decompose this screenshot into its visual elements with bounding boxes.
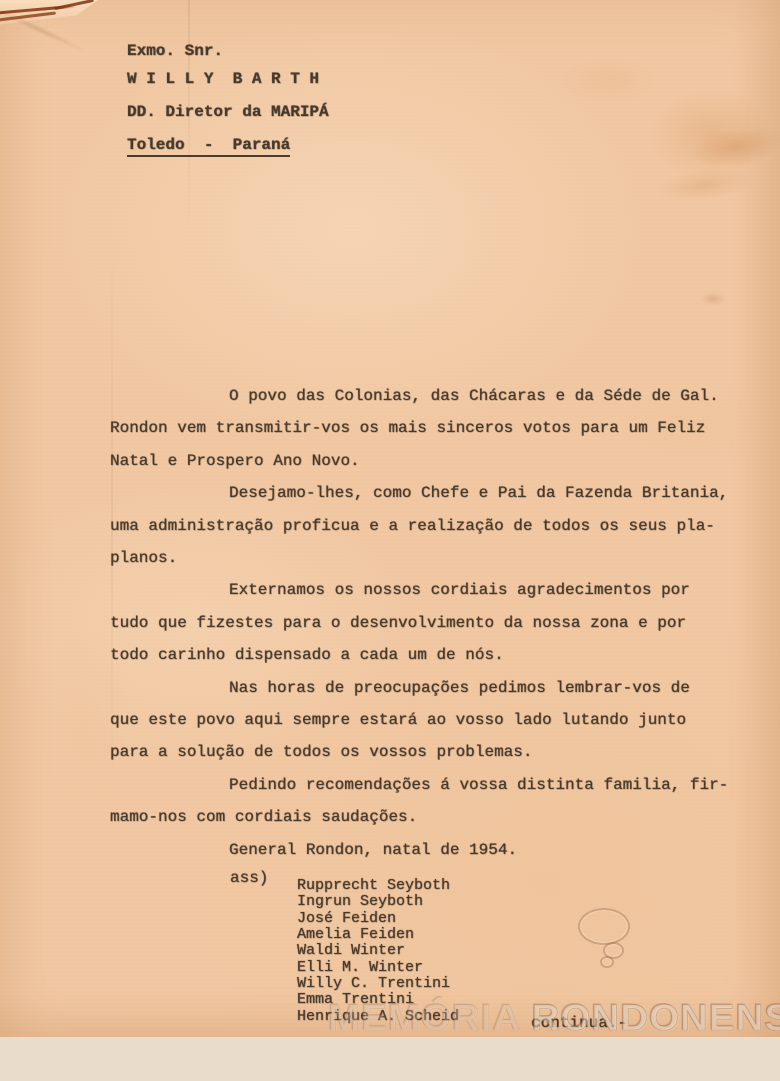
letter-body: O povo das Colonias, das Chácaras e da S…: [110, 380, 730, 866]
signatory-name: José Feiden: [297, 911, 459, 927]
signatory-name: Henrique A. Scheid: [297, 1009, 459, 1025]
letter-line: tudo que fizestes para o desenvolvimento…: [110, 607, 730, 639]
recipient-name: W I L L Y B A R T H: [127, 70, 319, 88]
recipient-role: DD. Diretor da MARIPÁ: [127, 103, 329, 121]
paragraph: Desejamo-lhes, como Chefe e Pai da Fazen…: [110, 477, 730, 574]
signature-label: ass): [230, 869, 268, 887]
paragraph: O povo das Colonias, das Chácaras e da S…: [110, 380, 730, 477]
paper-stain: [648, 88, 778, 183]
signatory-name: Elli M. Winter: [297, 960, 459, 976]
letter-paper: Exmo. Snr. W I L L Y B A R T H DD. Diret…: [0, 0, 780, 1037]
paragraph: Externamos os nossos cordiais agradecime…: [110, 574, 730, 671]
paper-stain: [687, 120, 780, 174]
paragraph: Nas horas de preocupações pedimos lembra…: [110, 672, 730, 769]
signatory-name: Rupprecht Seyboth: [297, 878, 459, 894]
letter-line: Desejamo-lhes, como Chefe e Pai da Fazen…: [110, 477, 730, 509]
letter-line: Natal e Prospero Ano Novo.: [110, 445, 730, 477]
letter-line: Pedindo recomendações á vossa distinta f…: [110, 769, 730, 801]
continuation-note: continua.-: [531, 1014, 627, 1032]
paragraph: Pedindo recomendações á vossa distinta f…: [110, 769, 730, 834]
recipient-location: Toledo - Paraná: [127, 136, 290, 157]
dateline: General Rondon, natal de 1954.: [110, 834, 730, 866]
letter-line: Rondon vem transmitir-vos os mais sincer…: [110, 412, 730, 444]
letter-line: todo carinho dispensado a cada um de nós…: [110, 639, 730, 671]
thought-bubble-watermark-icon: [603, 942, 624, 959]
signatory-name: Amelia Feiden: [297, 927, 459, 943]
paper-stain: [700, 292, 726, 306]
letter-line: uma administração proficua e a realizaçã…: [110, 510, 730, 542]
letter-line: para a solução de todos os vossos proble…: [110, 736, 730, 768]
letter-line: que este povo aqui sempre estará ao voss…: [110, 704, 730, 736]
paper-stain: [555, 55, 665, 105]
letter-line: Nas horas de preocupações pedimos lembra…: [110, 672, 730, 704]
signatory-name: Waldi Winter: [297, 943, 459, 959]
letter-line: Externamos os nossos cordiais agradecime…: [110, 574, 730, 606]
signatory-name: Ingrun Seyboth: [297, 894, 459, 910]
signatory-name: Emma Trentini: [297, 992, 459, 1008]
letter-line: O povo das Colonias, das Chácaras e da S…: [110, 380, 730, 412]
paper-stain: [654, 165, 757, 205]
letter-line: mamo-nos com cordiais saudações.: [110, 801, 730, 833]
signatories-list: Rupprecht SeybothIngrun SeybothJosé Feid…: [297, 878, 459, 1025]
recipient-salutation: Exmo. Snr.: [127, 42, 223, 60]
thought-bubble-watermark-icon: [578, 908, 630, 945]
letter-line: planos.: [110, 542, 730, 574]
signatory-name: Willy C. Trentini: [297, 976, 459, 992]
thought-bubble-watermark-icon: [600, 956, 614, 968]
